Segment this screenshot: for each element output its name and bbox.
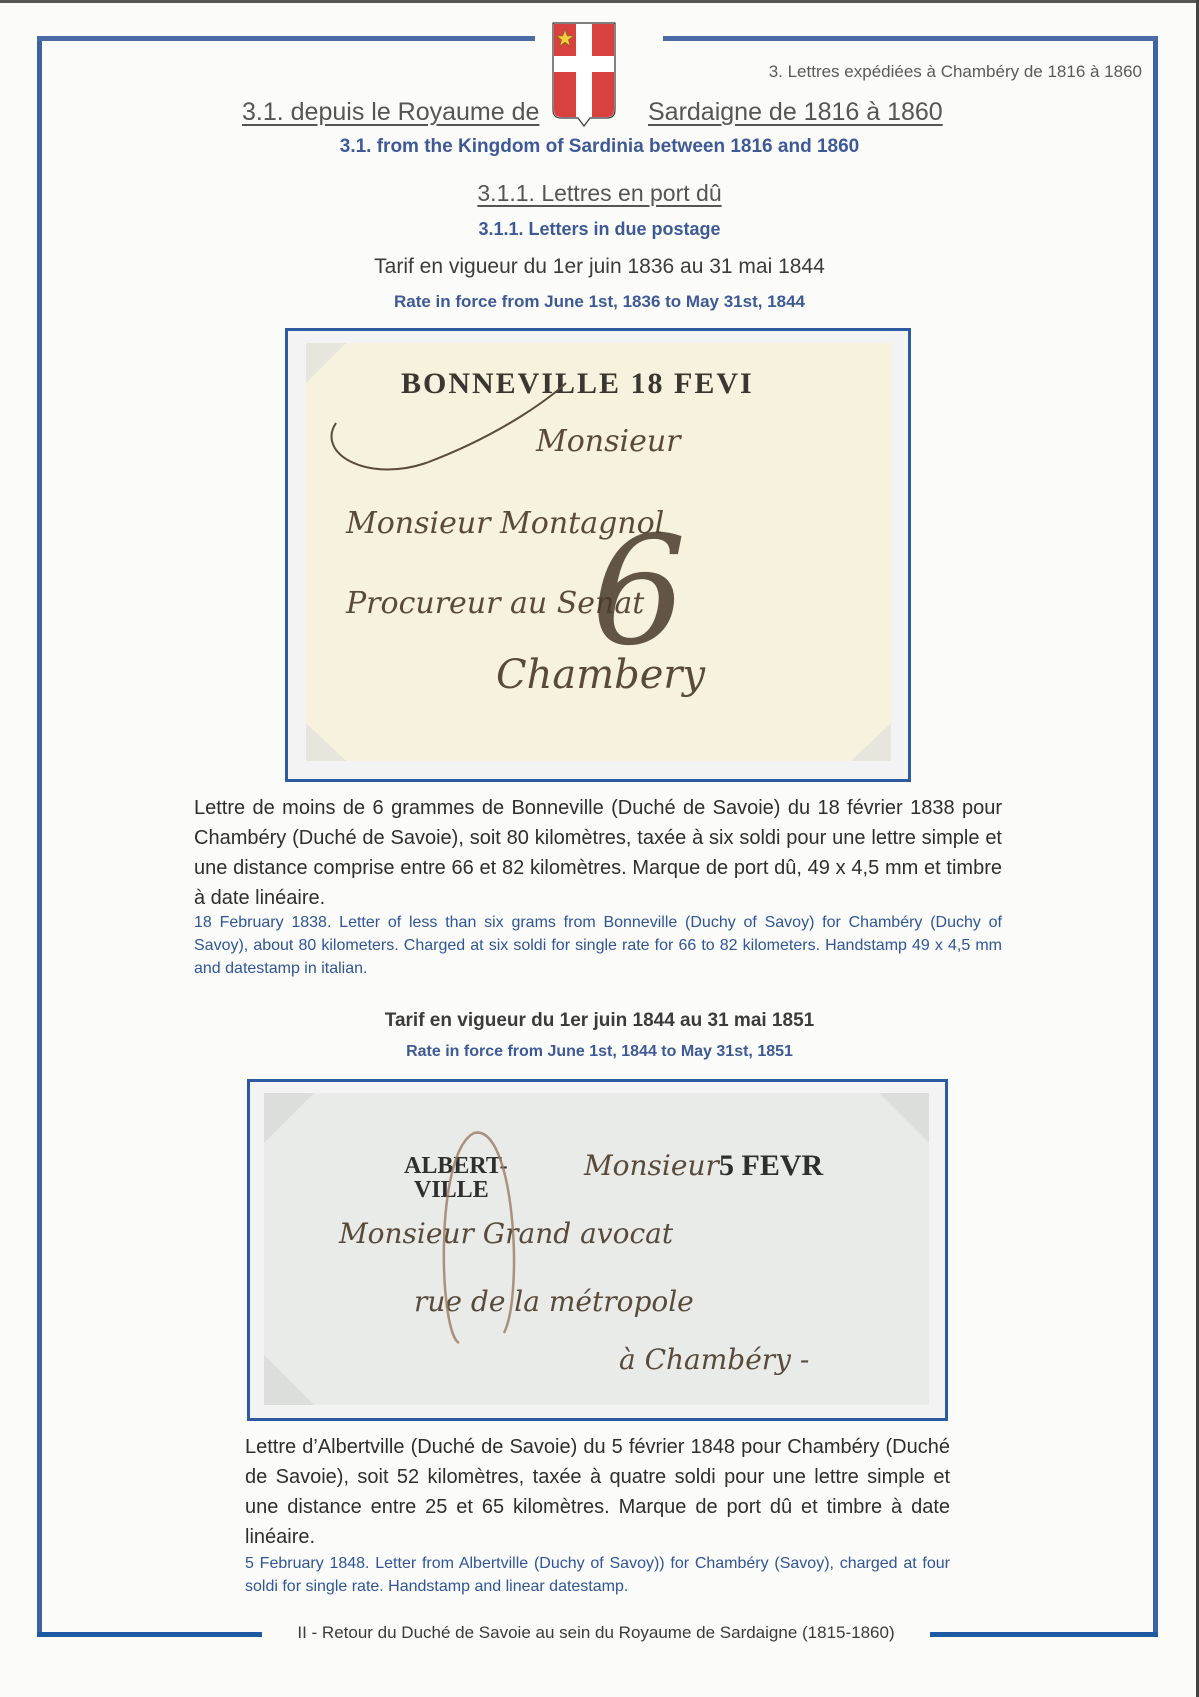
- page-frame-bottom-left: [37, 1632, 262, 1637]
- description-fr-2: Lettre d’Albertville (Duché de Savoie) d…: [245, 1432, 950, 1552]
- description-en-1: 18 February 1838. Letter of less than si…: [194, 911, 1002, 980]
- subtitle-fr: 3.1.1. Lettres en port dû: [0, 180, 1199, 207]
- section-reference: 3. Lettres expédiées à Chambéry de 1816 …: [660, 62, 1142, 82]
- description-en-2: 5 February 1848. Letter from Albertville…: [245, 1552, 950, 1598]
- svg-text:à Chambéry -: à Chambéry -: [619, 1343, 809, 1376]
- scan-edge-top: [0, 0, 1199, 3]
- letter-scan-bonneville: BONNEVILLE 18 FEVI Monsieur Monsieur Mon…: [306, 343, 891, 761]
- svg-text:Monsieur: Monsieur: [535, 424, 682, 459]
- page-title-fr-part1: 3.1. depuis le Royaume de: [242, 98, 539, 127]
- cover-image-bonneville: BONNEVILLE 18 FEVI Monsieur Monsieur Mon…: [285, 328, 911, 782]
- datestamp: 5 FEVR: [719, 1149, 824, 1182]
- page-title-en: 3.1. from the Kingdom of Sardinia betwee…: [0, 136, 1199, 158]
- savoy-coat-of-arms-icon: [552, 22, 616, 134]
- cover-image-albertville: ALBERT- VILLE 5 FEVR Monsieur Monsieur G…: [247, 1079, 948, 1421]
- svg-text:Monsieur Grand avocat: Monsieur Grand avocat: [338, 1217, 674, 1250]
- page-frame-top-left: [37, 36, 535, 41]
- rate-period-2-fr: Tarif en vigueur du 1er juin 1844 au 31 …: [0, 1010, 1199, 1032]
- subtitle-en: 3.1.1. Letters in due postage: [0, 219, 1199, 240]
- rate-period-1-fr: Tarif en vigueur du 1er juin 1836 au 31 …: [0, 255, 1199, 279]
- postmark-text: BONNEVILLE 18 FEVI: [401, 367, 754, 400]
- tax-mark: 6: [591, 505, 686, 679]
- svg-text:Monsieur: Monsieur: [583, 1149, 720, 1182]
- rate-period-2-en: Rate in force from June 1st, 1844 to May…: [0, 1043, 1199, 1061]
- page-footer: II - Retour du Duché de Savoie au sein d…: [262, 1623, 930, 1643]
- rate-period-1-en: Rate in force from June 1st, 1836 to May…: [0, 292, 1199, 312]
- page-frame-bottom-right: [930, 1632, 1158, 1637]
- page-title-fr-part2: Sardaigne de 1816 à 1860: [648, 98, 943, 127]
- svg-text:rue de la métropole: rue de la métropole: [414, 1285, 694, 1318]
- page-frame-top-right: [663, 36, 1158, 41]
- letter-scan-albertville: ALBERT- VILLE 5 FEVR Monsieur Monsieur G…: [264, 1093, 929, 1405]
- description-fr-1: Lettre de moins de 6 grammes de Bonnevil…: [194, 793, 1002, 913]
